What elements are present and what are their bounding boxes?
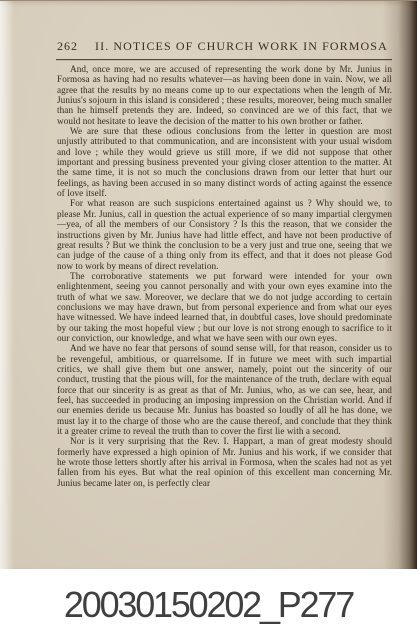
page-body-text: And, once more, we are accused of repres…	[57, 64, 392, 528]
archival-id-label: 20030150202_P277	[64, 584, 353, 626]
header-rule	[56, 59, 392, 60]
paragraph: And we have no fear that persons of soun…	[57, 343, 392, 436]
page-number: 262	[57, 39, 78, 54]
paragraph: And, once more, we are accused of repres…	[57, 64, 392, 126]
book-page-scan: 262 II. NOTICES OF CHURCH WORK IN FORMOS…	[0, 0, 417, 570]
paragraph: Nor is it very surprising that the Rev. …	[57, 436, 392, 488]
scanned-document-view: 262 II. NOTICES OF CHURCH WORK IN FORMOS…	[0, 0, 417, 640]
running-title: II. NOTICES OF CHURCH WORK IN FORMOSA	[95, 39, 388, 54]
paragraph: The corroborative statements we put forw…	[57, 271, 392, 343]
running-head: 262 II. NOTICES OF CHURCH WORK IN FORMOS…	[57, 39, 391, 54]
scan-footer-strip: 20030150202_P277	[0, 569, 417, 640]
page-left-edge-highlight	[0, 1, 14, 569]
paragraph: We are sure that these odious conclusion…	[57, 126, 392, 198]
paragraph: For what reason are such suspicions ente…	[57, 198, 392, 270]
